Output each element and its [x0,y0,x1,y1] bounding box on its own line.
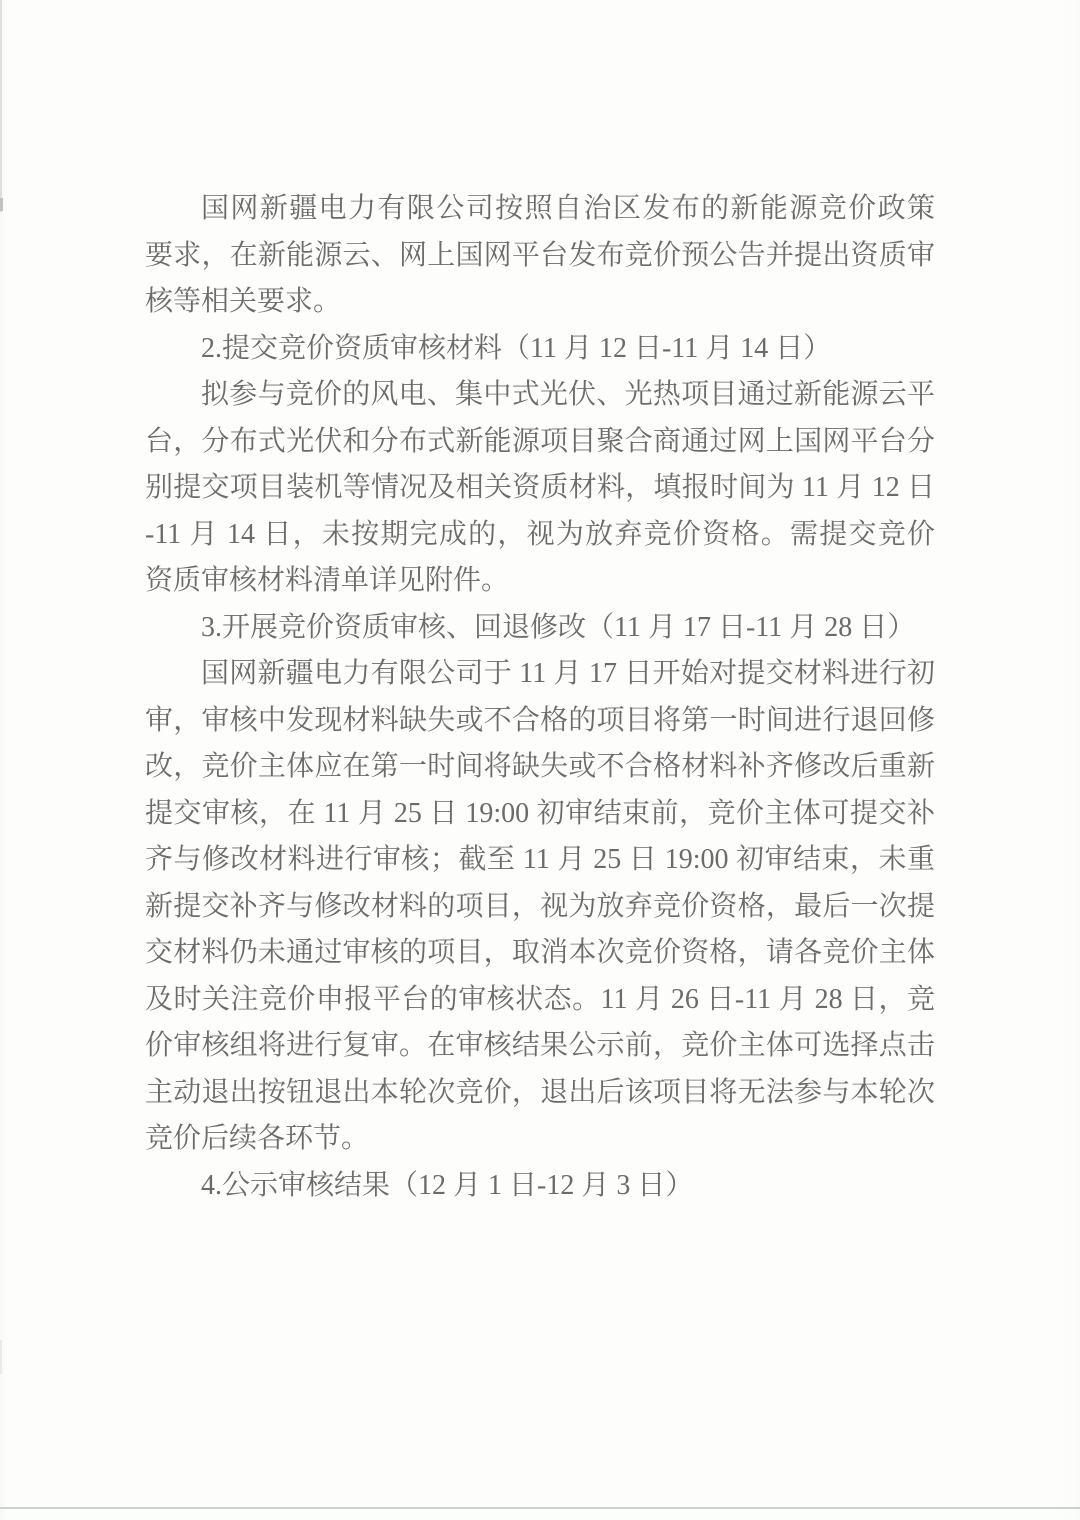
para3-line3: 改，竞价主体应在第一时间将缺失或不合格材料补齐修改后重新 [145,744,935,791]
para2-line3: 别提交项目装机等情况及相关资质材料，填报时间为 11 月 12 日 [145,465,935,512]
para3-line9: 价审核组将进行复审。在审核结果公示前，竞价主体可选择点击 [145,1023,935,1070]
para2-line4: -11 月 14 日，未按期完成的，视为放弃竞价资格。需提交竞价 [145,512,935,559]
para3-line2: 审，审核中发现材料缺失或不合格的项目将第一时间进行退回修 [145,698,935,745]
para3-line6: 新提交补齐与修改材料的项目，视为放弃竞价资格，最后一次提 [145,884,935,931]
para1-line2: 要求，在新能源云、网上国网平台发布竞价预公告并提出资质审 [145,233,935,280]
document-body: 国网新疆电力有限公司按照自治区发布的新能源竞价政策 要求，在新能源云、网上国网平… [145,186,935,1209]
para3-line4: 提交审核，在 11 月 25 日 19:00 初审结束前，竞价主体可提交补 [145,791,935,838]
para2-line5: 资质审核材料清单详见附件。 [145,558,935,605]
section-3-heading: 3.开展竞价资质审核、回退修改（11 月 17 日-11 月 28 日） [145,605,935,652]
scan-edge-left [0,0,2,212]
para2-line1: 拟参与竞价的风电、集中式光伏、光热项目通过新能源云平 [145,372,935,419]
para1-line1: 国网新疆电力有限公司按照自治区发布的新能源竞价政策 [145,186,935,233]
document-page: 国网新疆电力有限公司按照自治区发布的新能源竞价政策 要求，在新能源云、网上国网平… [0,0,1080,1520]
para3-line5: 齐与修改材料进行审核；截至 11 月 25 日 19:00 初审结束，未重 [145,837,935,884]
para1-line3: 核等相关要求。 [145,279,935,326]
para3-line11: 竞价后续各环节。 [145,1116,935,1163]
para3-line7: 交材料仍未通过审核的项目，取消本次竞价资格，请各竞价主体 [145,930,935,977]
section-2-heading: 2.提交竞价资质审核材料（11 月 12 日-11 月 14 日） [145,326,935,373]
para3-line1: 国网新疆电力有限公司于 11 月 17 日开始对提交材料进行初 [145,651,935,698]
page-bottom-edge-line [0,1507,1080,1509]
para3-line8: 及时关注竞价申报平台的审核状态。11 月 26 日-11 月 28 日，竞 [145,977,935,1024]
scan-edge-left-lower [0,1340,2,1374]
para2-line2: 台，分布式光伏和分布式新能源项目聚合商通过网上国网平台分 [145,419,935,466]
para3-line10: 主动退出按钮退出本轮次竞价，退出后该项目将无法参与本轮次 [145,1070,935,1117]
section-4-heading: 4.公示审核结果（12 月 1 日-12 月 3 日） [145,1163,935,1210]
scan-edge-tick [0,198,3,211]
